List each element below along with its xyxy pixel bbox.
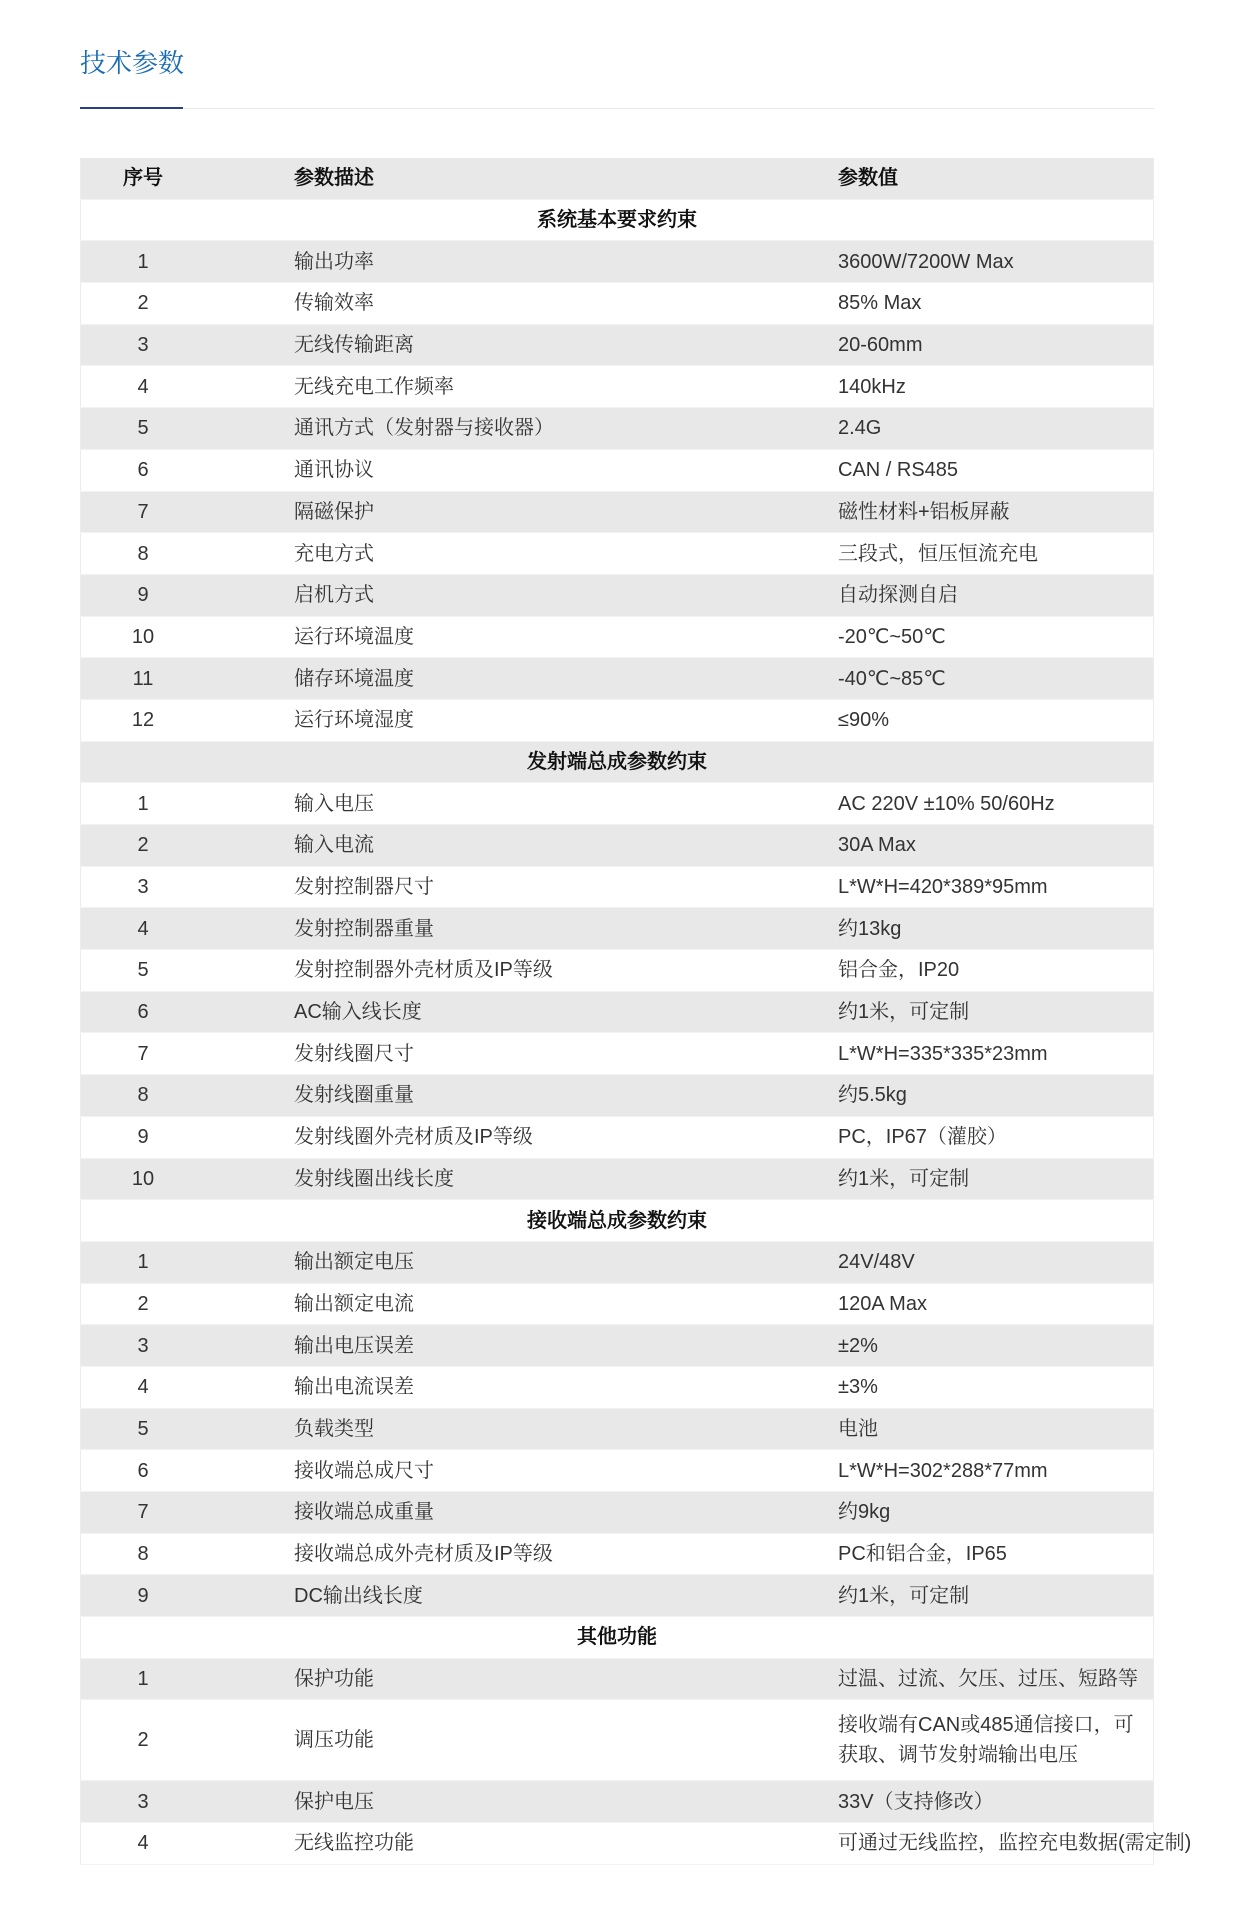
row-number: 1 [81, 1658, 206, 1700]
param-value: ≤90% [834, 699, 1154, 741]
table-row: 8充电方式三段式，恒压恒流充电 [81, 533, 1154, 575]
param-value: 33V（支持修改） [834, 1781, 1154, 1823]
table-row: 5通讯方式（发射器与接收器）2.4G [81, 408, 1154, 450]
param-description: 传输效率 [205, 283, 834, 325]
param-value: ±3% [834, 1366, 1154, 1408]
row-number: 3 [81, 1325, 206, 1367]
table-row: 5发射控制器外壳材质及IP等级铝合金，IP20 [81, 950, 1154, 992]
param-description: 接收端总成尺寸 [205, 1450, 834, 1492]
table-row: 9发射线圈外壳材质及IP等级PC，IP67（灌胶） [81, 1116, 1154, 1158]
param-value: PC，IP67（灌胶） [834, 1116, 1154, 1158]
row-number: 1 [81, 241, 206, 283]
table-row: 3无线传输距离20-60mm [81, 324, 1154, 366]
row-number: 3 [81, 324, 206, 366]
table-row: 2传输效率85% Max [81, 283, 1154, 325]
param-description: 运行环境湿度 [205, 699, 834, 741]
row-number: 2 [81, 283, 206, 325]
row-number: 1 [81, 783, 206, 825]
param-value: 约1米，可定制 [834, 1158, 1154, 1200]
title-divider-accent [80, 107, 183, 109]
param-value: 约9kg [834, 1492, 1154, 1534]
header-desc: 参数描述 [205, 158, 834, 199]
table-row: 3保护电压33V（支持修改） [81, 1781, 1154, 1823]
group-title: 系统基本要求约束 [81, 199, 1154, 241]
spec-table: 序号 参数描述 参数值 系统基本要求约束1输出功率3600W/7200W Max… [80, 158, 1154, 1865]
param-value: 约5.5kg [834, 1075, 1154, 1117]
row-number: 5 [81, 950, 206, 992]
table-row: 8接收端总成外壳材质及IP等级PC和铝合金，IP65 [81, 1533, 1154, 1575]
table-row: 7发射线圈尺寸L*W*H=335*335*23mm [81, 1033, 1154, 1075]
param-description: 负载类型 [205, 1408, 834, 1450]
row-number: 6 [81, 449, 206, 491]
table-row: 4输出电流误差±3% [81, 1366, 1154, 1408]
param-value: 约13kg [834, 908, 1154, 950]
param-description: 运行环境温度 [205, 616, 834, 658]
param-value: L*W*H=420*389*95mm [834, 866, 1154, 908]
row-number: 8 [81, 1533, 206, 1575]
row-number: 5 [81, 408, 206, 450]
param-description: 充电方式 [205, 533, 834, 575]
param-description: 储存环境温度 [205, 658, 834, 700]
param-value: -20℃~50℃ [834, 616, 1154, 658]
param-description: 通讯方式（发射器与接收器） [205, 408, 834, 450]
param-description: 隔磁保护 [205, 491, 834, 533]
param-value: 约1米，可定制 [834, 1575, 1154, 1617]
group-header-row: 系统基本要求约束 [81, 199, 1154, 241]
param-description: 接收端总成重量 [205, 1492, 834, 1534]
row-number: 7 [81, 1492, 206, 1534]
table-row: 9DC输出线长度约1米，可定制 [81, 1575, 1154, 1617]
param-description: 输出额定电压 [205, 1241, 834, 1283]
header-value: 参数值 [834, 158, 1154, 199]
row-number: 9 [81, 574, 206, 616]
param-value: 2.4G [834, 408, 1154, 450]
param-description: 输入电压 [205, 783, 834, 825]
group-header-row: 其他功能 [81, 1617, 1154, 1659]
param-value: 电池 [834, 1408, 1154, 1450]
param-description: 无线传输距离 [205, 324, 834, 366]
param-value: 铝合金，IP20 [834, 950, 1154, 992]
row-number: 4 [81, 1366, 206, 1408]
param-value: PC和铝合金，IP65 [834, 1533, 1154, 1575]
row-number: 7 [81, 491, 206, 533]
row-number: 8 [81, 533, 206, 575]
param-description: 接收端总成外壳材质及IP等级 [205, 1533, 834, 1575]
row-number: 4 [81, 366, 206, 408]
param-description: 输出功率 [205, 241, 834, 283]
param-description: DC输出线长度 [205, 1575, 834, 1617]
param-value: 30A Max [834, 825, 1154, 867]
param-value: 3600W/7200W Max [834, 241, 1154, 283]
param-description: 输入电流 [205, 825, 834, 867]
table-row: 2输入电流30A Max [81, 825, 1154, 867]
table-row: 12运行环境湿度≤90% [81, 699, 1154, 741]
table-row: 7接收端总成重量约9kg [81, 1492, 1154, 1534]
row-number: 9 [81, 1116, 206, 1158]
param-value: CAN / RS485 [834, 449, 1154, 491]
section-title: 技术参数 [80, 46, 184, 80]
row-number: 4 [81, 908, 206, 950]
table-row: 10发射线圈出线长度约1米，可定制 [81, 1158, 1154, 1200]
param-description: 发射线圈尺寸 [205, 1033, 834, 1075]
row-number: 1 [81, 1241, 206, 1283]
param-description: 调压功能 [205, 1700, 834, 1781]
table-row: 6接收端总成尺寸L*W*H=302*288*77mm [81, 1450, 1154, 1492]
row-number: 2 [81, 1283, 206, 1325]
table-row: 4无线充电工作频率140kHz [81, 366, 1154, 408]
param-value: 过温、过流、欠压、过压、短路等 [834, 1658, 1154, 1700]
row-number: 11 [81, 658, 206, 700]
row-number: 3 [81, 1781, 206, 1823]
group-title: 其他功能 [81, 1617, 1154, 1659]
table-row: 6AC输入线长度约1米，可定制 [81, 991, 1154, 1033]
row-number: 2 [81, 825, 206, 867]
param-value: 120A Max [834, 1283, 1154, 1325]
row-number: 3 [81, 866, 206, 908]
param-description: 输出电流误差 [205, 1366, 834, 1408]
param-value: 接收端有CAN或485通信接口，可获取、调节发射端输出电压 [834, 1700, 1154, 1781]
row-number: 10 [81, 616, 206, 658]
table-header-row: 序号 参数描述 参数值 [81, 158, 1154, 199]
param-description: 发射控制器尺寸 [205, 866, 834, 908]
group-title: 接收端总成参数约束 [81, 1200, 1154, 1242]
table-row: 4发射控制器重量约13kg [81, 908, 1154, 950]
table-row: 1输出额定电压24V/48V [81, 1241, 1154, 1283]
param-value: 20-60mm [834, 324, 1154, 366]
param-description: 输出额定电流 [205, 1283, 834, 1325]
param-description: 保护电压 [205, 1781, 834, 1823]
param-value: ±2% [834, 1325, 1154, 1367]
param-value: 约1米，可定制 [834, 991, 1154, 1033]
table-row: 7隔磁保护磁性材料+铝板屏蔽 [81, 491, 1154, 533]
param-value: L*W*H=335*335*23mm [834, 1033, 1154, 1075]
table-row: 4无线监控功能可通过无线监控，监控充电数据(需定制) [81, 1823, 1154, 1865]
param-value: L*W*H=302*288*77mm [834, 1450, 1154, 1492]
param-description: 输出电压误差 [205, 1325, 834, 1367]
param-value: 140kHz [834, 366, 1154, 408]
row-number: 6 [81, 1450, 206, 1492]
param-value: AC 220V ±10% 50/60Hz [834, 783, 1154, 825]
row-number: 7 [81, 1033, 206, 1075]
table-row: 3输出电压误差±2% [81, 1325, 1154, 1367]
param-value: 85% Max [834, 283, 1154, 325]
table-row: 6通讯协议CAN / RS485 [81, 449, 1154, 491]
param-description: 发射控制器重量 [205, 908, 834, 950]
param-description: AC输入线长度 [205, 991, 834, 1033]
row-number: 6 [81, 991, 206, 1033]
row-number: 4 [81, 1823, 206, 1865]
table-row: 2调压功能接收端有CAN或485通信接口，可获取、调节发射端输出电压 [81, 1700, 1154, 1781]
param-value: -40℃~85℃ [834, 658, 1154, 700]
header-no: 序号 [81, 158, 206, 199]
table-row: 1输出功率3600W/7200W Max [81, 241, 1154, 283]
table-row: 1保护功能过温、过流、欠压、过压、短路等 [81, 1658, 1154, 1700]
row-number: 12 [81, 699, 206, 741]
param-description: 发射线圈重量 [205, 1075, 834, 1117]
param-description: 保护功能 [205, 1658, 834, 1700]
param-description: 无线充电工作频率 [205, 366, 834, 408]
row-number: 2 [81, 1700, 206, 1781]
table-row: 9启机方式自动探测自启 [81, 574, 1154, 616]
param-description: 发射控制器外壳材质及IP等级 [205, 950, 834, 992]
table-row: 1输入电压AC 220V ±10% 50/60Hz [81, 783, 1154, 825]
group-header-row: 发射端总成参数约束 [81, 741, 1154, 783]
param-value: 24V/48V [834, 1241, 1154, 1283]
table-row: 11储存环境温度-40℃~85℃ [81, 658, 1154, 700]
table-row: 8发射线圈重量约5.5kg [81, 1075, 1154, 1117]
param-value: 磁性材料+铝板屏蔽 [834, 491, 1154, 533]
table-row: 2输出额定电流120A Max [81, 1283, 1154, 1325]
param-value: 自动探测自启 [834, 574, 1154, 616]
table-row: 5负载类型电池 [81, 1408, 1154, 1450]
row-number: 5 [81, 1408, 206, 1450]
table-row: 3发射控制器尺寸L*W*H=420*389*95mm [81, 866, 1154, 908]
param-description: 无线监控功能 [205, 1823, 834, 1865]
param-description: 启机方式 [205, 574, 834, 616]
group-title: 发射端总成参数约束 [81, 741, 1154, 783]
group-header-row: 接收端总成参数约束 [81, 1200, 1154, 1242]
row-number: 10 [81, 1158, 206, 1200]
row-number: 8 [81, 1075, 206, 1117]
row-number: 9 [81, 1575, 206, 1617]
table-row: 10运行环境温度-20℃~50℃ [81, 616, 1154, 658]
param-value: 可通过无线监控，监控充电数据(需定制) [834, 1823, 1154, 1865]
param-value: 三段式，恒压恒流充电 [834, 533, 1154, 575]
param-description: 发射线圈外壳材质及IP等级 [205, 1116, 834, 1158]
title-divider [80, 108, 1154, 109]
param-description: 通讯协议 [205, 449, 834, 491]
param-description: 发射线圈出线长度 [205, 1158, 834, 1200]
